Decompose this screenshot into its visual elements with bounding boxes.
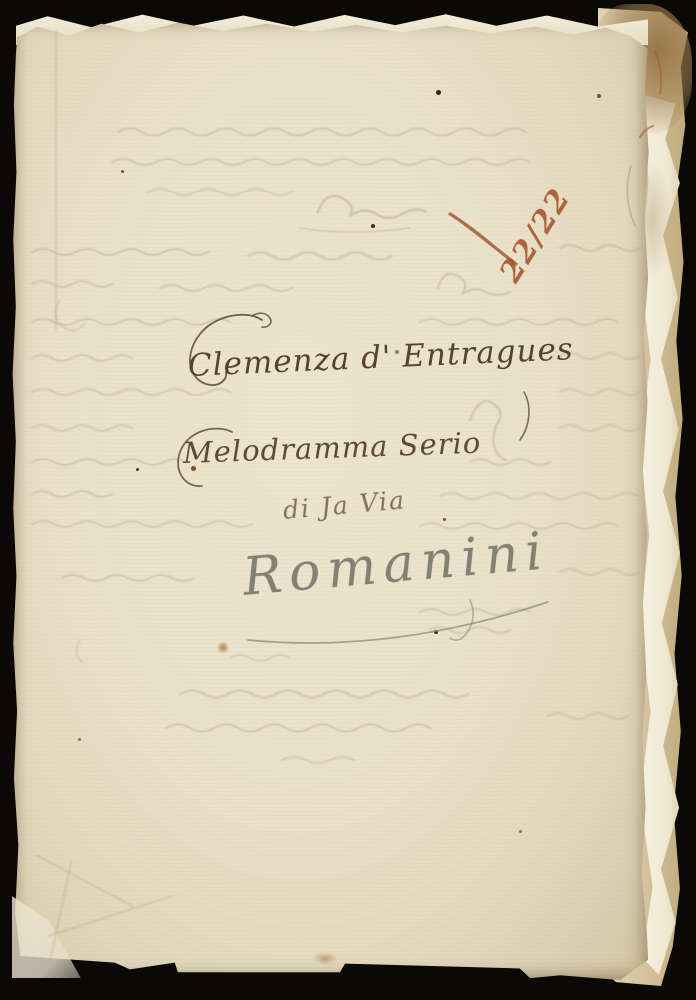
ink-speck xyxy=(436,90,441,95)
ink-speck xyxy=(519,830,522,833)
ink-speck xyxy=(434,630,438,634)
ink-speck xyxy=(371,224,375,228)
ink-speck xyxy=(136,468,139,471)
brown-stain xyxy=(216,642,230,653)
ink-speck xyxy=(597,94,601,98)
ink-speck xyxy=(78,738,81,741)
brown-stain xyxy=(312,952,338,965)
manuscript-photo: Clemenza d' Entragues Melodramma Serio d… xyxy=(0,0,696,1000)
ink-speck xyxy=(121,170,124,173)
crease-line xyxy=(55,30,57,330)
ink-speck xyxy=(443,518,446,521)
